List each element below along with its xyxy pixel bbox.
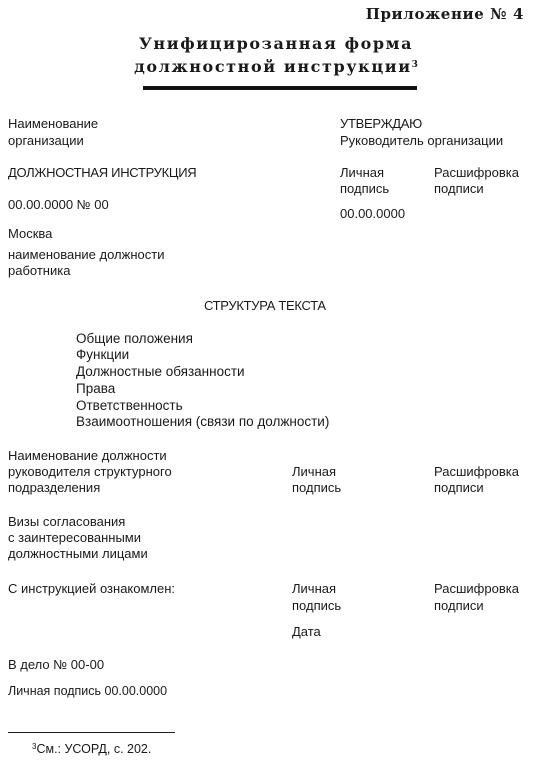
approval-signature-line2: подпись [340,180,389,197]
manager-label-line2: руководителя структурного [8,463,172,480]
approval-decoding-line1: Расшифровка [434,164,519,181]
position-name-line2: работника [8,262,70,279]
visas-line1: Визы согласования [8,513,125,530]
manager-decoding-line1: Расшифровка [434,463,519,480]
visas-line3: должностными лицами [8,545,148,562]
title-footnote-mark: 3 [412,60,418,70]
acquainted-decoding-line1: Расшифровка [434,580,519,597]
org-name-label-line2: организации [8,132,84,149]
appendix-label: Приложение № 4 [366,6,524,23]
case-number: В дело № 00-00 [8,656,104,673]
document-date-number: 00.00.0000 № 00 [8,196,109,213]
structure-item: Ответственность [76,397,183,414]
structure-heading: СТРУКТУРА ТЕКСТА [204,297,326,314]
acquainted-decoding-line2: подписи [434,597,484,614]
approve-label: УТВЕРЖДАЮ [340,115,422,132]
approval-date: 00.00.0000 [340,205,405,222]
manager-label-line1: Наименование должности [8,447,167,464]
acquainted-signature-line2: подпись [292,597,341,614]
footnote-mark: 3 [32,742,36,751]
structure-item: Общие положения [76,330,193,347]
visas-line2: с заинтересованными [8,529,141,546]
form-title-line2: должностной инструкции3 [130,56,422,78]
manager-label-line3: подразделения [8,479,100,496]
approver-title: Руководитель организации [340,132,503,149]
structure-item: Должностные обязанности [76,363,245,380]
org-name-label-line1: Наименование [8,115,98,132]
manager-signature-line2: подпись [292,479,341,496]
acquainted-signature-line1: Личная [292,580,336,597]
approval-decoding-line2: подписи [434,180,484,197]
title-underline [143,86,417,90]
form-title-line1: Унифицирозанная форма [130,33,422,55]
structure-item: Права [76,380,115,397]
acquainted-date-label: Дата [292,623,321,640]
footnote-separator [8,732,175,733]
filing-signature-date: Личная подпись 00.00.0000 [8,683,167,700]
acquainted-label: С инструкцией ознакомлен: [8,580,175,597]
footnote: 3См.: УСОРД, с. 202. [32,741,151,758]
structure-item: Функции [76,346,129,363]
document-type: ДОЛЖНОСТНАЯ ИНСТРУКЦИЯ [8,164,196,181]
city: Москва [8,225,52,242]
form-title-line2-text: должностной инструкции [134,57,412,76]
structure-item: Взаимоотношения (связи по должности) [76,413,329,430]
position-name-line1: наименование должности [8,246,164,263]
footnote-text: См.: УСОРД, с. 202. [36,742,151,756]
approval-signature-line1: Личная [340,164,384,181]
manager-signature-line1: Личная [292,463,336,480]
manager-decoding-line2: подписи [434,479,484,496]
